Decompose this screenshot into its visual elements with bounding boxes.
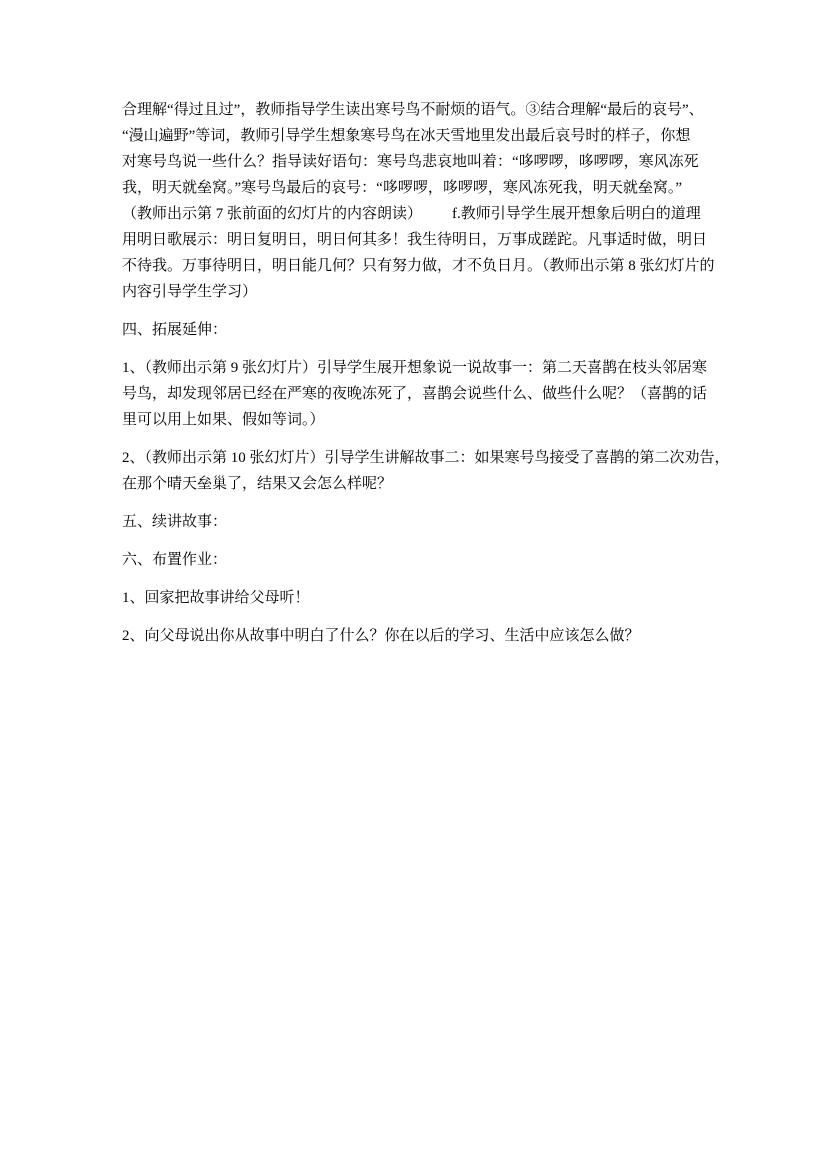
- paragraph-body-continuation: 合理解“得过且过”，教师指导学生读出寒号鸟不耐烦的语气。③结合理解“最后的哀号”…: [122, 97, 714, 305]
- text-line: 我，明天就垒窝。”寒号鸟最后的哀号：“哆啰啰，哆啰啰，寒风冻死我，明天就垒窝。”: [122, 175, 714, 201]
- text-line: 里可以用上如果、假如等词。）: [122, 407, 714, 433]
- text-line: 四、拓展延伸：: [122, 317, 714, 343]
- paragraph-homework-item-2: 2、向父母说出你从故事中明白了什么？你在以后的学习、生活中应该怎么做？: [122, 623, 714, 649]
- text-line: “漫山遍野”等词，教师引导学生想象寒号鸟在冰天雪地里发出最后哀号时的样子，你想: [122, 123, 714, 149]
- paragraph-extension-item-1: 1、（教师出示第 9 张幻灯片）引导学生展开想象说一说故事一：第二天喜鹊在枝头邻…: [122, 355, 714, 433]
- text-line: 号鸟，却发现邻居已经在严寒的夜晚冻死了，喜鹊会说些什么、做些什么呢？（喜鹊的话: [122, 381, 714, 407]
- text-line: 对寒号鸟说一些什么？指导读好语句：寒号鸟悲哀地叫着：“哆啰啰，哆啰啰，寒风冻死: [122, 149, 714, 175]
- text-line: 2、（教师出示第 10 张幻灯片）引导学生讲解故事二：如果寒号鸟接受了喜鹊的第二…: [122, 445, 714, 471]
- text-line: （教师出示第 7 张前面的幻灯片的内容朗读） f.教师引导学生展开想象后明白的道…: [122, 201, 714, 227]
- text-line: 1、回家把故事讲给父母听！: [122, 585, 714, 611]
- text-line: 五、续讲故事：: [122, 509, 714, 535]
- section-heading-homework: 六、布置作业：: [122, 547, 714, 573]
- section-heading-extension: 四、拓展延伸：: [122, 317, 714, 343]
- paragraph-homework-item-1: 1、回家把故事讲给父母听！: [122, 585, 714, 611]
- text-line: 用明日歌展示：明日复明日，明日何其多！我生待明日，万事成蹉跎。凡事适时做，明日: [122, 227, 714, 253]
- text-line: 2、向父母说出你从故事中明白了什么？你在以后的学习、生活中应该怎么做？: [122, 623, 714, 649]
- text-line: 合理解“得过且过”，教师指导学生读出寒号鸟不耐烦的语气。③结合理解“最后的哀号”…: [122, 97, 714, 123]
- text-line: 内容引导学生学习）: [122, 279, 714, 305]
- paragraph-extension-item-2: 2、（教师出示第 10 张幻灯片）引导学生讲解故事二：如果寒号鸟接受了喜鹊的第二…: [122, 445, 714, 497]
- text-line: 在那个晴天垒巢了，结果又会怎么样呢？: [122, 471, 714, 497]
- document-page: 合理解“得过且过”，教师指导学生读出寒号鸟不耐烦的语气。③结合理解“最后的哀号”…: [0, 0, 827, 1170]
- text-line: 1、（教师出示第 9 张幻灯片）引导学生展开想象说一说故事一：第二天喜鹊在枝头邻…: [122, 355, 714, 381]
- document-content: 合理解“得过且过”，教师指导学生读出寒号鸟不耐烦的语气。③结合理解“最后的哀号”…: [122, 97, 714, 661]
- text-line: 不待我。万事待明日，明日能几何？只有努力做，才不负日月。（教师出示第 8 张幻灯…: [122, 253, 714, 279]
- section-heading-continue-story: 五、续讲故事：: [122, 509, 714, 535]
- text-line: 六、布置作业：: [122, 547, 714, 573]
